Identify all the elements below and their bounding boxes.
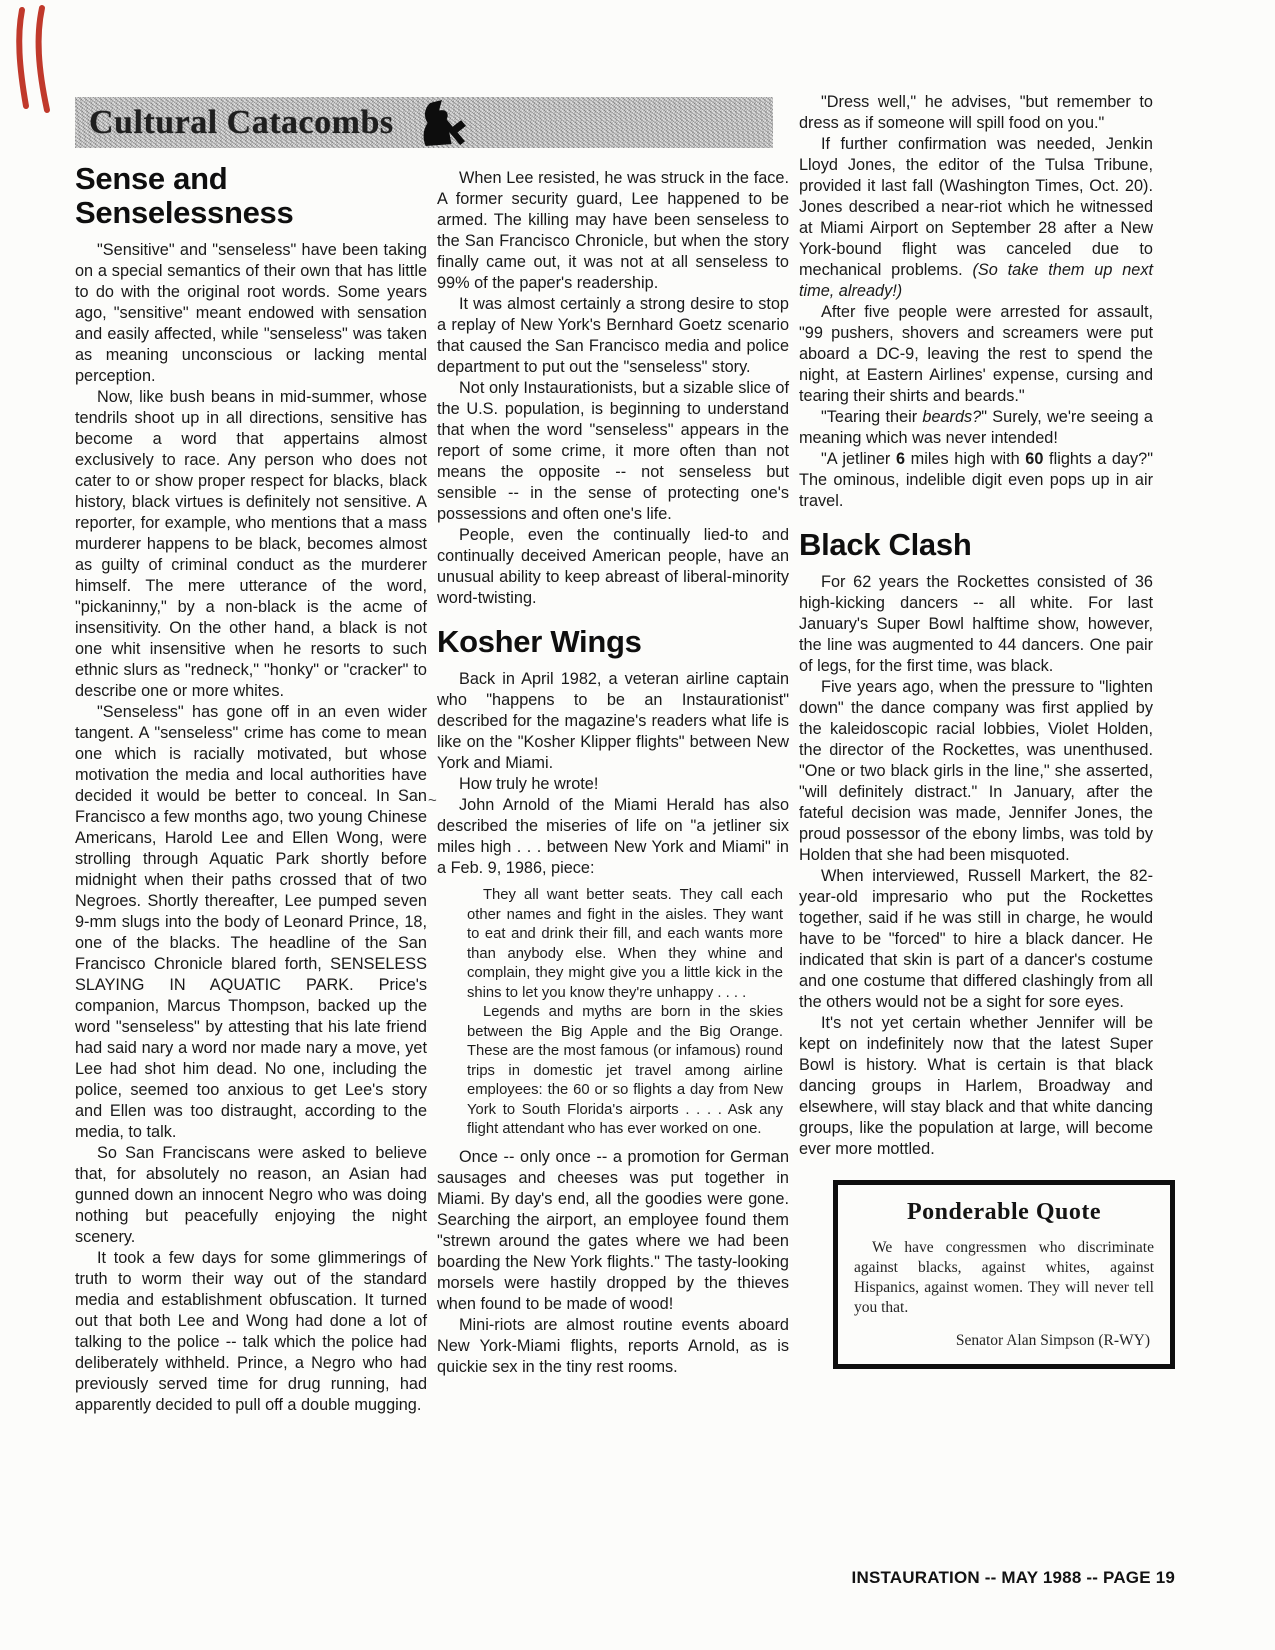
ponderable-quote-attribution: Senator Alan Simpson (R-WY) [854, 1332, 1150, 1350]
column-right: "Dress well," he advises, "but remember … [799, 92, 1153, 1369]
paragraph: John Arnold of the Miami Herald has also… [437, 795, 789, 879]
paragraph-text: If further confirmation was needed, Jenk… [799, 135, 1153, 279]
column-left: Sense and Senselessness "Sensitive" and … [75, 162, 427, 1416]
paragraph: It was almost certainly a strong desire … [437, 294, 789, 378]
ponderable-quote-title: Ponderable Quote [854, 1199, 1154, 1226]
section-banner: Cultural Catacombs [75, 97, 773, 148]
paragraph: So San Franciscans were asked to believe… [75, 1143, 427, 1248]
paragraph: "Senseless" has gone off in an even wide… [75, 702, 427, 1143]
ponderable-quote-box: Ponderable Quote We have congressmen who… [833, 1180, 1175, 1369]
paragraph: For 62 years the Rockettes consisted of … [799, 572, 1153, 677]
paragraph: If further confirmation was needed, Jenk… [799, 134, 1153, 302]
paragraph: When Lee resisted, he was struck in the … [437, 168, 789, 294]
paragraph-text: miles high with [905, 450, 1025, 468]
paragraph: Five years ago, when the pressure to "li… [799, 677, 1153, 866]
excerpt-paragraph: Legends and myths are born in the skies … [467, 1003, 783, 1140]
paragraph: When interviewed, Russell Markert, the 8… [799, 866, 1153, 1013]
paragraph: Now, like bush beans in mid-summer, whos… [75, 387, 427, 702]
paragraph: Once -- only once -- a promotion for Ger… [437, 1147, 789, 1315]
page-footer: INSTAURATION -- MAY 1988 -- PAGE 19 [799, 1568, 1175, 1588]
column-middle: When Lee resisted, he was struck in the … [437, 168, 789, 1378]
italic-word: beards? [922, 408, 981, 426]
paragraph: It's not yet certain whether Jennifer wi… [799, 1013, 1153, 1160]
magazine-page: Cultural Catacombs Sense and Senselessne… [0, 0, 1275, 1650]
paragraph: "Tearing their beards?" Surely, we're se… [799, 407, 1153, 449]
article-title-black-clash: Black Clash [799, 528, 1153, 562]
paragraph: "A jetliner 6 miles high with 60 flights… [799, 449, 1153, 512]
block-quote-excerpt: They all want better seats. They call ea… [467, 886, 783, 1140]
excerpt-paragraph: They all want better seats. They call ea… [467, 886, 783, 1003]
paragraph: "Sensitive" and "senseless" have been ta… [75, 240, 427, 387]
red-pen-mark [6, 2, 58, 125]
paragraph: "Dress well," he advises, "but remember … [799, 92, 1153, 134]
article-title-kosher-wings: Kosher Wings [437, 625, 789, 659]
paragraph: After five people were arrested for assa… [799, 302, 1153, 407]
paragraph: People, even the continually lied-to and… [437, 525, 789, 609]
ponderable-quote-text: We have congressmen who discriminate aga… [854, 1238, 1154, 1318]
paragraph-text: "A jetliner [821, 450, 896, 468]
paragraph-text: "Tearing their [821, 408, 922, 426]
paragraph: How truly he wrote! [437, 774, 789, 795]
paragraph: Not only Instaurationists, but a sizable… [437, 378, 789, 525]
stray-scan-mark: ~ [428, 792, 437, 809]
paragraph: It took a few days for some glimmerings … [75, 1248, 427, 1416]
bold-digit: 6 [896, 450, 905, 468]
bold-digit: 60 [1025, 450, 1043, 468]
article-title-sense: Sense and Senselessness [75, 162, 427, 230]
paragraph: Back in April 1982, a veteran airline ca… [437, 669, 789, 774]
banner-title: Cultural Catacombs [75, 104, 394, 142]
catacombs-figure-illustration [410, 99, 472, 147]
paragraph: Mini-riots are almost routine events abo… [437, 1315, 789, 1378]
